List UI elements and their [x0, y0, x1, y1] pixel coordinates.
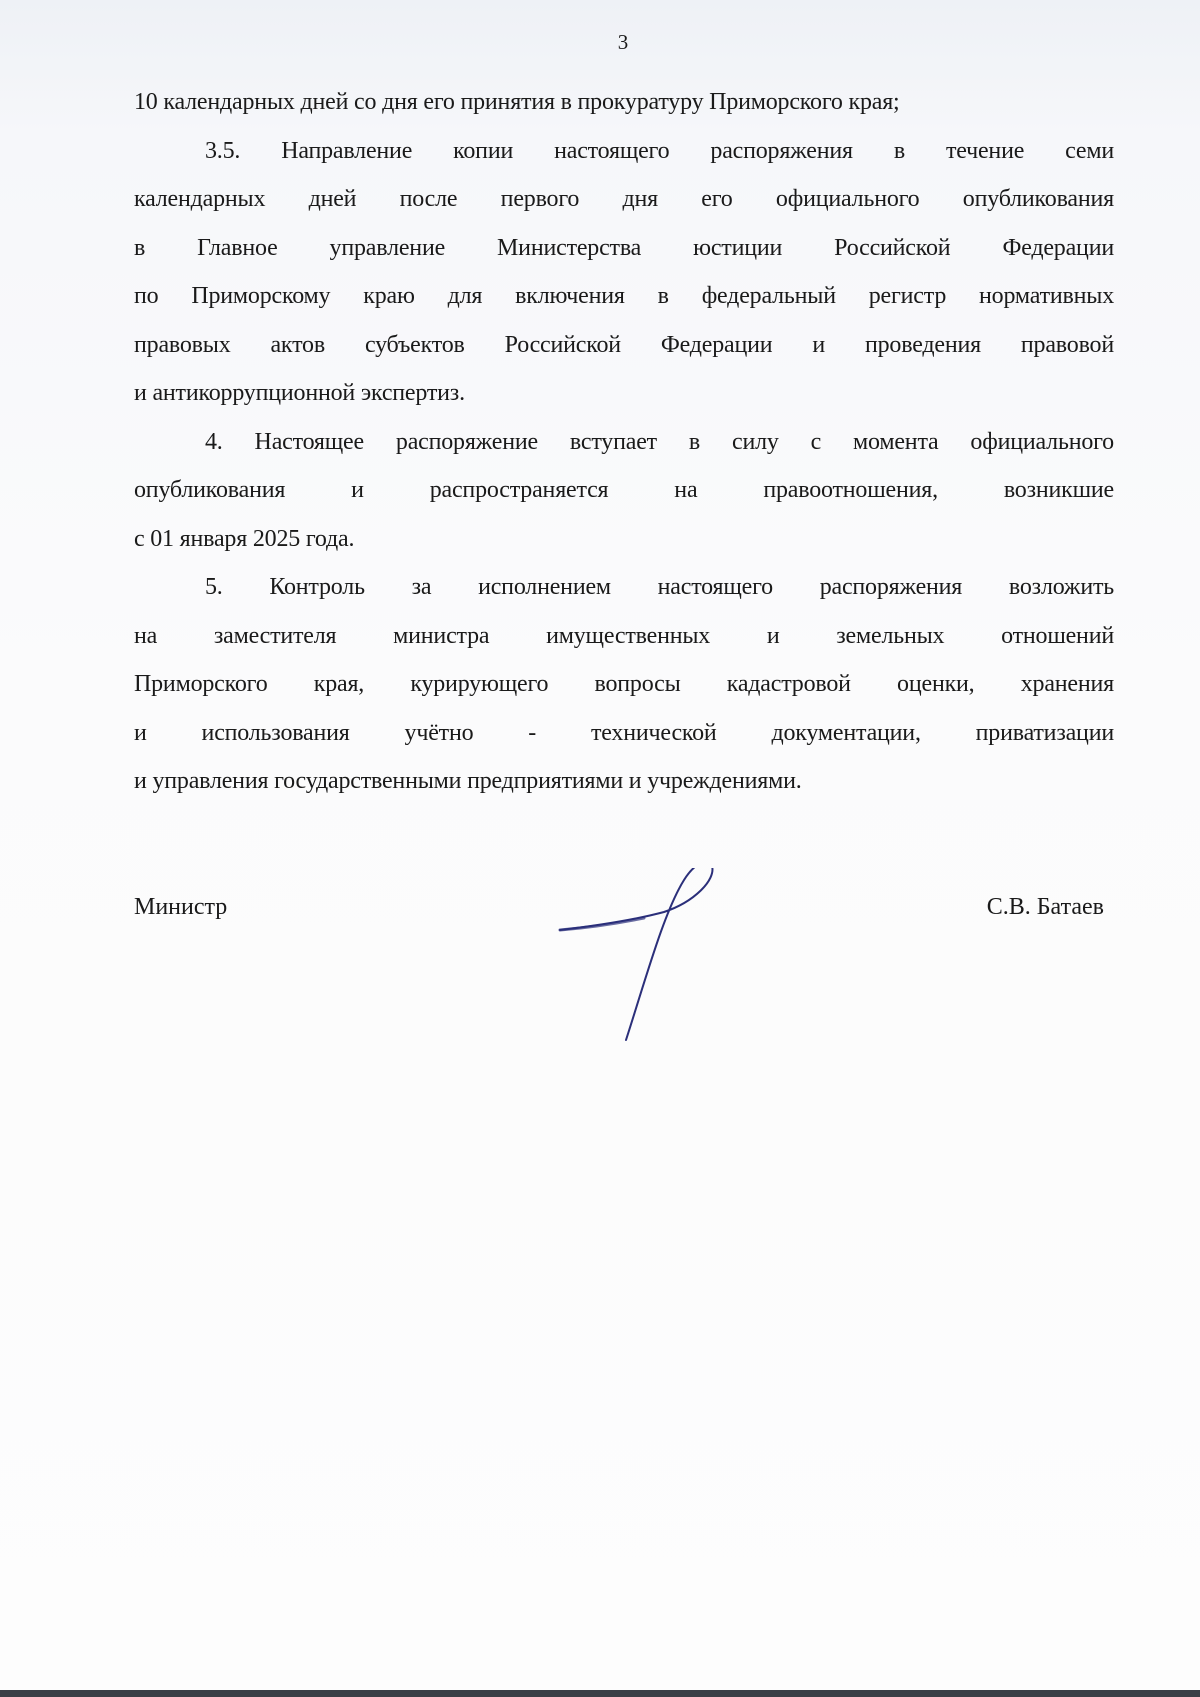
handwritten-signature-icon: [554, 868, 754, 1048]
signatory-title: Министр: [134, 894, 227, 921]
text-line-8-item-4: 4. Настоящее распоряжение вступает в сил…: [134, 418, 1114, 467]
page-number: 3: [0, 30, 1200, 55]
text-line-9: опубликования и распространяется на прав…: [134, 466, 1114, 515]
scan-bottom-edge: [0, 1690, 1200, 1697]
text-line-12: на заместителя министра имущественных и …: [134, 612, 1114, 661]
text-line-3: календарных дней после первого дня его о…: [134, 175, 1114, 224]
text-line-13: Приморского края, курирующего вопросы ка…: [134, 660, 1114, 709]
signatory-name: С.В. Батаев: [987, 894, 1104, 921]
document-body: 10 календарных дней со дня его принятия …: [134, 78, 1114, 806]
text-line-7: и антикоррупционной экспертиз.: [134, 369, 1114, 418]
text-line-15: и управления государственными предприяти…: [134, 757, 1114, 806]
text-line-11-item-5: 5. Контроль за исполнением настоящего ра…: [134, 563, 1114, 612]
signature-block: Министр С.В. Батаев: [134, 888, 1104, 1048]
text-line-4: в Главное управление Министерства юстици…: [134, 224, 1114, 273]
text-line-10: с 01 января 2025 года.: [134, 515, 1114, 564]
text-line-2-item-3-5: 3.5. Направление копии настоящего распор…: [134, 127, 1114, 176]
text-line-6: правовых актов субъектов Российской Феде…: [134, 321, 1114, 370]
text-line-14: и использования учётно - технической док…: [134, 709, 1114, 758]
document-page: 3 10 календарных дней со дня его приняти…: [0, 0, 1200, 1690]
text-line-5: по Приморскому краю для включения в феде…: [134, 272, 1114, 321]
text-line-1: 10 календарных дней со дня его принятия …: [134, 78, 1114, 127]
